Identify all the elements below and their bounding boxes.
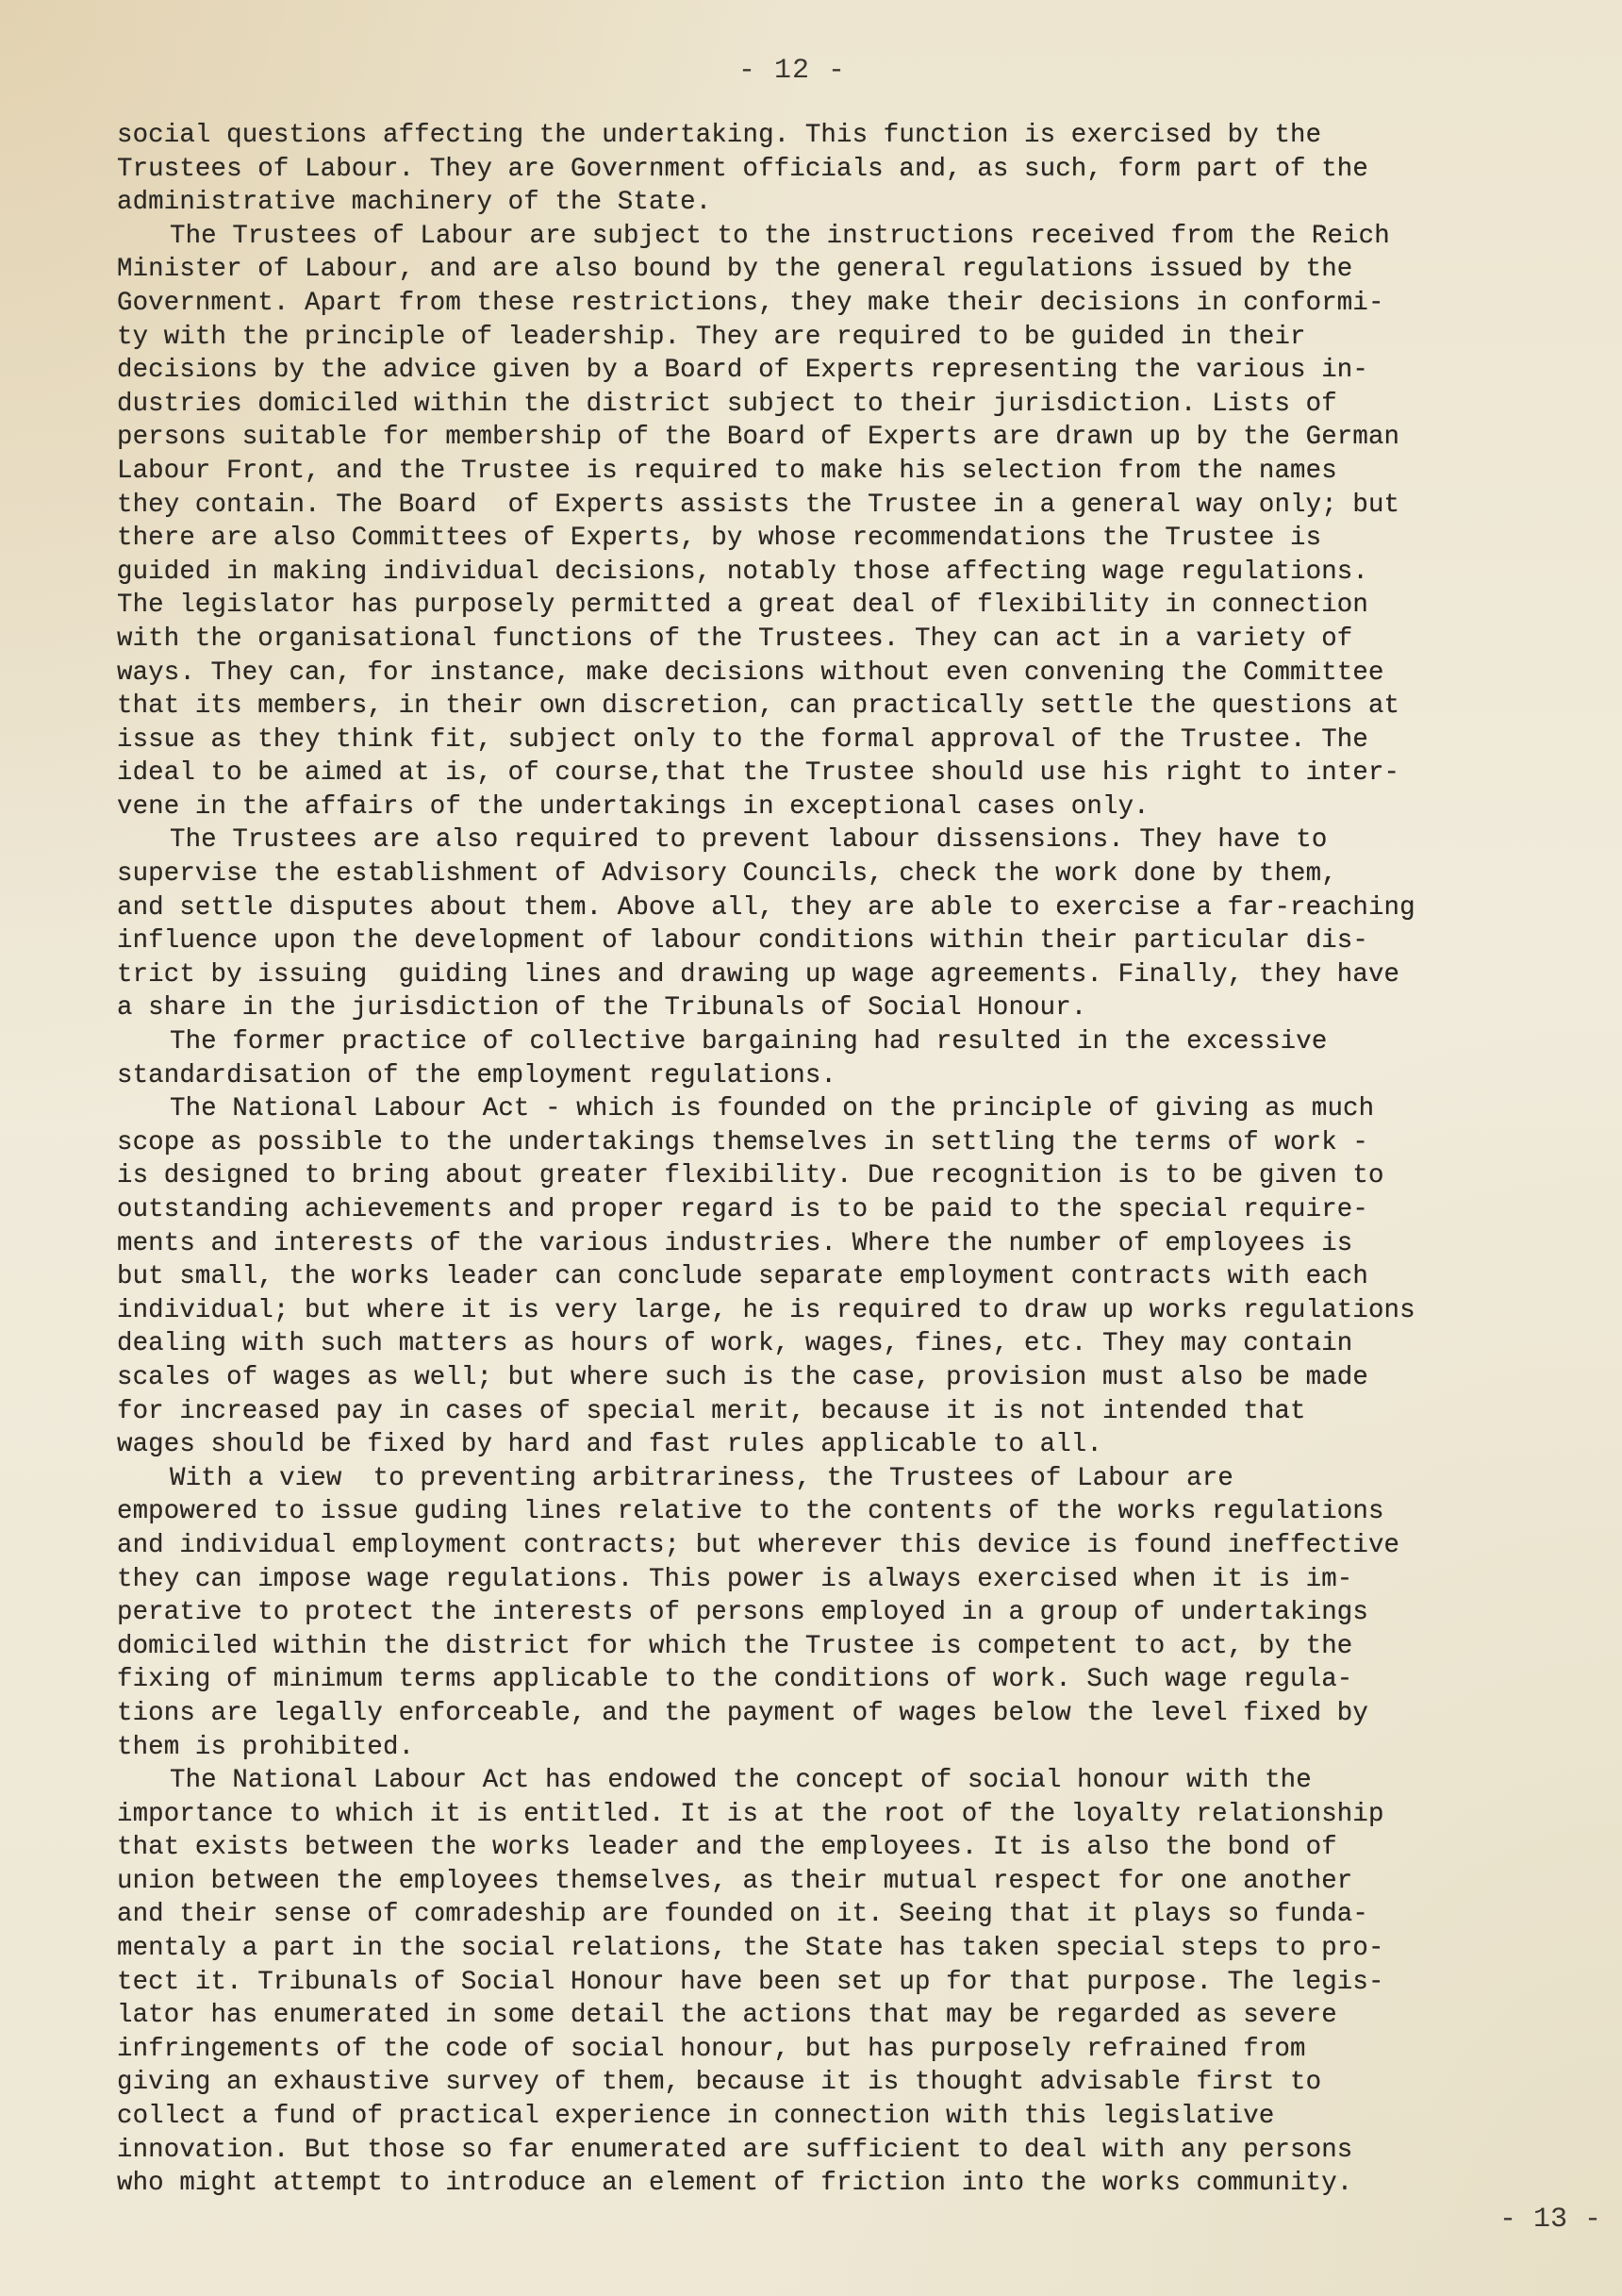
text-line: that its members, in their own discretio… [117,690,1622,724]
text-line: outstanding achievements and proper rega… [117,1193,1622,1227]
text-line: empowered to issue guding lines relative… [117,1495,1622,1529]
text-line: infringements of the code of social hono… [117,2033,1622,2067]
text-line: individual; but where it is very large, … [117,1294,1622,1328]
text-line: wages should be fixed by hard and fast r… [117,1428,1622,1462]
paragraph-first-line: The Trustees are also required to preven… [117,824,1622,857]
text-line: dealing with such matters as hours of wo… [117,1327,1622,1361]
paragraph-first-line: The former practice of collective bargai… [117,1025,1622,1059]
text-line: with the organisational functions of the… [117,623,1622,657]
text-line: perative to protect the interests of per… [117,1596,1622,1630]
text-line: Labour Front, and the Trustee is require… [117,455,1622,489]
text-line: a share in the jurisdiction of the Tribu… [117,991,1622,1025]
text-line: influence upon the development of labour… [117,924,1622,958]
text-line: scales of wages as well; but where such … [117,1361,1622,1395]
text-line: trict by issuing guiding lines and drawi… [117,958,1622,992]
text-line: them is prohibited. [117,1731,1622,1765]
text-line: tect it. Tribunals of Social Honour have… [117,1966,1622,2000]
text-line: but small, the works leader can conclude… [117,1260,1622,1294]
paragraph-first-line: The Trustees of Labour are subject to th… [117,220,1622,254]
text-line: is designed to bring about greater flexi… [117,1159,1622,1193]
page-number-bottom: - 13 - [1499,2204,1601,2236]
text-line: importance to which it is entitled. It i… [117,1798,1622,1832]
text-line: guided in making individual decisions, n… [117,556,1622,590]
text-line: dustries domiciled within the district s… [117,388,1622,422]
text-line: Trustees of Labour. They are Government … [117,153,1622,187]
text-line: persons suitable for membership of the B… [117,421,1622,455]
text-line: they contain. The Board of Experts assis… [117,489,1622,523]
text-line: and settle disputes about them. Above al… [117,891,1622,925]
paragraph-first-line: The National Labour Act - which is found… [117,1092,1622,1126]
document-body: social questions affecting the undertaki… [117,119,1622,2201]
text-line: tions are legally enforceable, and the p… [117,1697,1622,1731]
text-line: Government. Apart from these restriction… [117,287,1622,321]
text-line: social questions affecting the undertaki… [117,119,1622,153]
text-line: ty with the principle of leadership. The… [117,321,1622,355]
text-line: who might attempt to introduce an elemen… [117,2167,1622,2201]
text-line: administrative machinery of the State. [117,186,1622,220]
text-line: innovation. But those so far enumerated … [117,2134,1622,2168]
text-line: union between the employees themselves, … [117,1865,1622,1899]
text-line: fixing of minimum terms applicable to th… [117,1663,1622,1697]
text-line: ideal to be aimed at is, of course,that … [117,757,1622,790]
text-line: domiciled within the district for which … [117,1630,1622,1664]
text-line: decisions by the advice given by a Board… [117,354,1622,388]
text-line: and their sense of comradeship are found… [117,1898,1622,1932]
paragraph-first-line: With a view to preventing arbitrariness,… [117,1462,1622,1496]
text-line: Minister of Labour, and are also bound b… [117,253,1622,287]
text-line: and individual employment contracts; but… [117,1529,1622,1563]
text-line: for increased pay in cases of special me… [117,1395,1622,1429]
paragraph-first-line: The National Labour Act has endowed the … [117,1764,1622,1798]
text-line: scope as possible to the undertakings th… [117,1126,1622,1160]
text-line: supervise the establishment of Advisory … [117,857,1622,891]
text-line: ments and interests of the various indus… [117,1227,1622,1261]
text-line: lator has enumerated in some detail the … [117,1999,1622,2033]
text-line: giving an exhaustive survey of them, bec… [117,2066,1622,2100]
text-line: standardisation of the employment regula… [117,1059,1622,1093]
text-line: collect a fund of practical experience i… [117,2100,1622,2134]
text-line: that exists between the works leader and… [117,1831,1622,1865]
text-line: issue as they think fit, subject only to… [117,724,1622,757]
text-line: The legislator has purposely permitted a… [117,589,1622,623]
text-line: they can impose wage regulations. This p… [117,1563,1622,1597]
text-line: vene in the affairs of the undertakings … [117,790,1622,824]
text-line: mentaly a part in the social relations, … [117,1932,1622,1966]
text-line: ways. They can, for instance, make decis… [117,657,1622,690]
text-line: there are also Committees of Experts, by… [117,522,1622,556]
page-number-top: - 12 - [0,55,1584,87]
